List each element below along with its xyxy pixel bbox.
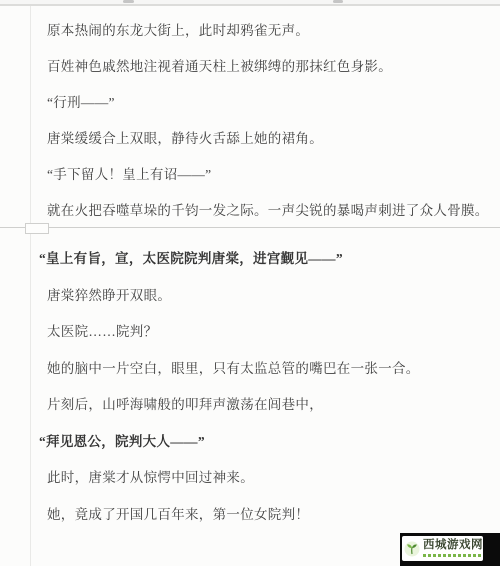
paragraph: 唐棠缓缓合上双眼，静待火舌舔上她的裙角。	[47, 131, 482, 147]
paragraph: 此时，唐棠才从惊愕中回过神来。	[47, 470, 482, 486]
page1-text: 原本热闹的东龙大街上，此时却鸦雀无声。百姓神色戚然地注视着通天柱上被绑缚的那抹红…	[47, 23, 482, 239]
page-divider-line	[0, 227, 500, 228]
page-break-marker	[25, 223, 49, 234]
cut-off-text-fragment	[333, 0, 343, 3]
document-viewport: 原本热闹的东龙大街上，此时却鸦雀无声。百姓神色戚然地注视着通天柱上被绑缚的那抹红…	[0, 0, 500, 566]
sprout-logo-icon	[404, 541, 420, 557]
watermark-badge: 西城游戏网	[402, 536, 483, 561]
paragraph: “行刑——”	[47, 95, 482, 111]
paragraph: “皇上有旨，宣，太医院院判唐棠，进宫觐见——”	[47, 251, 482, 267]
paragraph: 太医院……院判？	[47, 324, 482, 340]
paragraph: 就在火把吞噬草垛的千钧一发之际。一声尖锐的暴喝声刺进了众人骨膜。	[47, 203, 482, 219]
paragraph: 她，竟成了开国几百年来，第一位女院判！	[47, 507, 482, 523]
paragraph: “拜见恩公，院判大人——”	[47, 434, 482, 450]
paragraph: 她的脑中一片空白，眼里，只有太监总管的嘴巴在一张一合。	[47, 361, 482, 377]
paragraph: 唐棠猝然睁开双眼。	[47, 288, 482, 304]
paragraph: “手下留人！皇上有诏——”	[47, 167, 482, 183]
paragraph: 原本热闹的东龙大街上，此时却鸦雀无声。	[47, 23, 482, 39]
watermark-site-name: 西城游戏网	[423, 540, 483, 552]
paragraph: 片刻后，山呼海啸般的叩拜声激荡在闾巷中，	[47, 397, 482, 413]
watermark-tagline-strip	[423, 554, 481, 557]
paragraph: 百姓神色戚然地注视着通天柱上被绑缚的那抹红色身影。	[47, 59, 482, 75]
watermark-text-block: 西城游戏网	[423, 540, 483, 557]
page-left-edge	[30, 6, 31, 566]
cut-off-text-fragment	[123, 0, 134, 3]
page2-text: “皇上有旨，宣，太医院院判唐棠，进宫觐见——”唐棠猝然睁开双眼。太医院……院判？…	[47, 251, 482, 543]
top-rule-line	[0, 4, 500, 6]
watermark-container: 西城游戏网	[400, 533, 500, 566]
